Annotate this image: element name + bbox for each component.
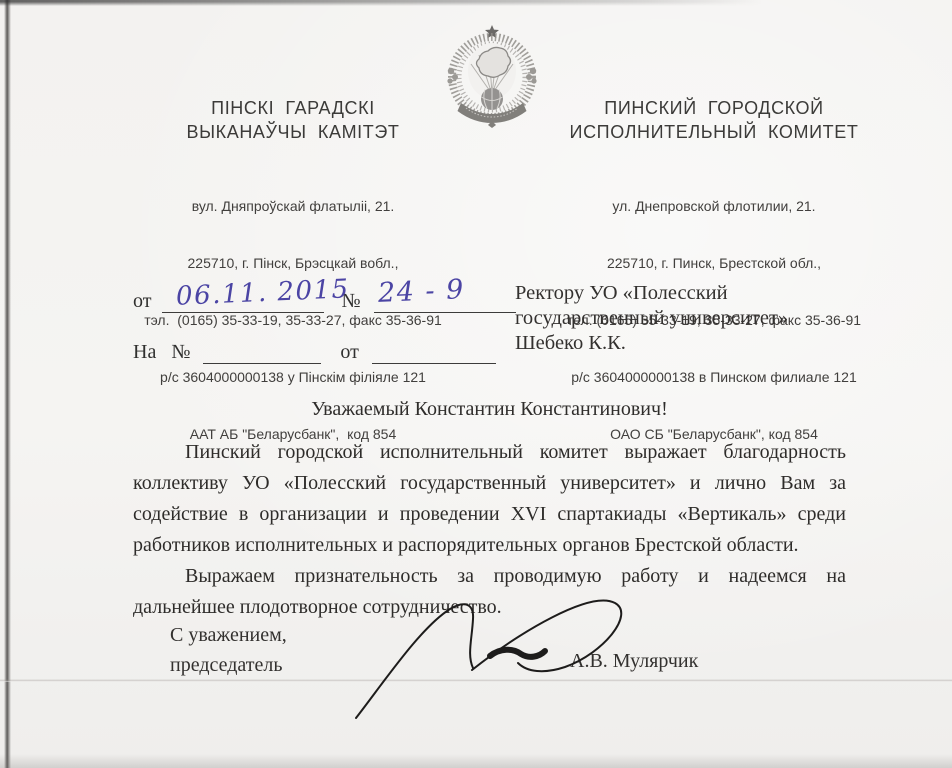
addressee-line: Ректору УО «Полесский [515, 281, 788, 306]
from-label: от [133, 290, 151, 312]
org-name-line: ПИНСКИЙ ГОРОДСКОЙ [528, 96, 900, 120]
addressee-line: государственный университет» [515, 306, 788, 331]
na-number-sign-label: № [171, 341, 190, 363]
na-label: На [133, 341, 156, 363]
closing-title: председатель [170, 650, 287, 680]
org-name-line: ИСПОЛНИТЕЛЬНЫЙ КОМИТЕТ [528, 120, 900, 144]
reference-reply-row: На № от [133, 341, 496, 364]
scan-edge-left [4, 0, 11, 768]
address-line: 225710, г. Пінск, Брэсцкай вобл., [118, 254, 468, 273]
handwritten-number: 24 - 9 [377, 274, 465, 309]
address-line: 225710, г. Пинск, Брестской обл., [528, 254, 900, 273]
addressee-block: Ректору УО «Полесский государственный ун… [515, 281, 788, 356]
scan-edge-top [0, 0, 762, 6]
address-line: тэл. (0165) 35-33-19, 35-33-27, факс 35-… [118, 311, 468, 330]
address-line: вул. Дняпроўскай флатыліі, 21. [118, 197, 468, 216]
address-line: р/с 3604000000138 в Пинском филиале 121 [528, 368, 900, 387]
reply-date-underline [372, 343, 496, 364]
salutation: Уважаемый Константин Константинович! [133, 398, 846, 421]
reply-number-underline [203, 343, 321, 364]
org-name-line: ПІНСКІ ГАРАДСКІ [118, 96, 468, 120]
org-name-line: ВЫКАНАЎЧЫ КАМІТЭТ [118, 120, 468, 144]
address-line: ул. Днепровской флотилии, 21. [528, 197, 900, 216]
body-paragraph: Пинский городской исполнительный комитет… [133, 437, 846, 561]
na-from-label: от [340, 341, 358, 363]
closing-block: С уважением, председатель [170, 620, 287, 680]
closing-regards: С уважением, [170, 620, 287, 650]
addressee-line: Шебеко К.К. [515, 331, 788, 356]
scan-edge-bottom [0, 754, 952, 768]
signature-ink [322, 590, 667, 730]
address-line: р/с 3604000000138 у Пінскім філіяле 121 [118, 368, 468, 387]
scanned-letter: ПІНСКІ ГАРАДСКІ ВЫКАНАЎЧЫ КАМІТЭТ вул. Д… [0, 0, 952, 768]
org-address: вул. Дняпроўскай флатыліі, 21. 225710, г… [118, 159, 468, 482]
